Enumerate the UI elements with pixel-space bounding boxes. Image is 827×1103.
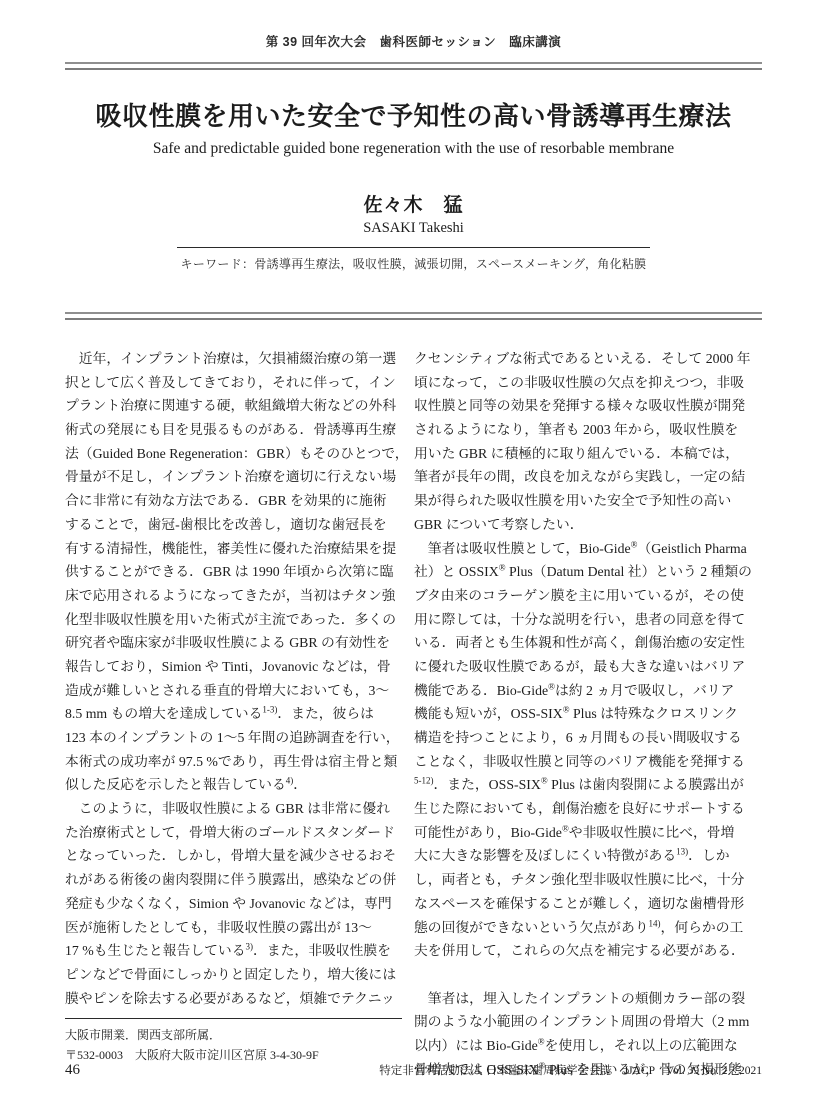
text-line: 8.5 mm もの増大を達成している1-3)．また，彼らは xyxy=(65,702,395,726)
text-line: 医が施術したとしても，非吸収性膜の露出が 13～ xyxy=(65,916,395,940)
text-line: 択として広く普及してきており，それに伴って，イン xyxy=(65,371,395,395)
paper-title: 吸収性膜を用いた安全で予知性の高い骨誘導再生療法 xyxy=(65,96,762,133)
text-line: 膜やピンを除去する必要があるなど，煩雑でテクニッ xyxy=(65,987,395,1011)
text-line: 筆者は吸収性膜として，Bio-Gide®（Geistlich Pharma xyxy=(414,537,747,561)
text-line: 収性膜と同等の効果を発揮する様々な吸収性膜が開発 xyxy=(414,394,747,418)
text-line: GBR について考察したい． xyxy=(414,513,747,537)
left-column: 近年，インプラント治療は，欠損補綴治療の第一選択として広く普及してきており，それ… xyxy=(65,347,395,1081)
text-line: 報告しており，Simion や Tinti，Jovanovic などは，骨 xyxy=(65,655,395,679)
text-line: 5-12)．また，OSS-SIX® Plus は歯肉裂開による膜露出が xyxy=(414,773,747,797)
text-line: 術式の発展にも目を見張るものがある．骨誘導再生療 xyxy=(65,418,395,442)
text-line: 筆者は，埋入したインプラントの頬側カラー部の裂 xyxy=(414,987,747,1011)
footnote-text: 大阪市開業．関西支部所属．〒532-0003 大阪府大阪市淀川区宮原 3-4-3… xyxy=(65,1025,402,1065)
text-line: 態の回復ができないという欠点があり14)，何らかの工 xyxy=(414,916,747,940)
paper-subtitle-english: Safe and predictable guided bone regener… xyxy=(65,140,762,158)
text-line: このように，非吸収性膜による GBR は非常に優れ xyxy=(65,797,395,821)
text-line: 以内）には Bio-Gide®を使用し，それ以上の広範囲な xyxy=(414,1034,747,1058)
left-column-text: 近年，インプラント治療は，欠損補綴治療の第一選択として広く普及してきており，それ… xyxy=(65,347,395,1010)
keywords-divider xyxy=(65,312,762,320)
text-line: 社）と OSSIX® Plus（Datum Dental 社）という 2 種類の xyxy=(414,560,747,584)
text-line: 構造を持つことにより，6 ヵ月間もの長い間吸収する xyxy=(414,726,747,750)
right-column: クセンシティブな術式であるといえる．そして 2000 年頃になって，この非吸収性… xyxy=(414,347,747,1081)
text-line: 頃になって，この非吸収性膜の欠点を抑えつつ，非吸 xyxy=(414,371,747,395)
text-line: 123 本のインプラントの 1～5 年間の追跡調査を行い， xyxy=(65,726,395,750)
text-line: 研究者や臨床家が非吸収性膜による GBR の有効性を xyxy=(65,631,395,655)
keywords-line: キーワード：骨誘導再生療法，吸収性膜，減張切開，スペースメーキング，角化粘膜 xyxy=(177,247,651,272)
text-line: 発症も少なくなく，Simion や Jovanovic などは，専門 xyxy=(65,892,395,916)
text-line: 化型非吸収性膜を用いた術式が主流であった．多くの xyxy=(65,608,395,632)
text-line: 機能も短いが，OSS-SIX® Plus は特殊なクロスリンク xyxy=(414,702,747,726)
text-line: 本術式の成功率が 97.5 %であり，再生骨は宿主骨と類 xyxy=(65,750,395,774)
text-line: することで，歯冠-歯根比を改善し，適切な歯冠長を xyxy=(65,513,395,537)
text-line: 機能である．Bio-Gide®は約 2 ヵ月で吸収し，バリア xyxy=(414,679,747,703)
footnote-block: 大阪市開業．関西支部所属．〒532-0003 大阪府大阪市淀川区宮原 3-4-3… xyxy=(65,1018,402,1065)
paper-page: 第 39 回年次大会 歯科医師セッション 臨床講演 吸収性膜を用いた安全で予知性… xyxy=(0,0,827,1103)
text-line: なスペースを確保することが難しく，適切な歯槽骨形 xyxy=(414,892,747,916)
text-line: 果が得られた吸収性膜を用いた安全で予知性の高い xyxy=(414,489,747,513)
text-line: 開のような小範囲のインプラント周囲の骨増大（2 mm xyxy=(414,1010,747,1034)
text-line: 造成が難しいとされる垂直的骨増大においても，3～ xyxy=(65,679,395,703)
text-line: クセンシティブな術式であるといえる．そして 2000 年 xyxy=(414,347,747,371)
text-line: 有する清掃性，機能性，審美性に優れた治療結果を提 xyxy=(65,537,395,561)
text-line: されるようになり，筆者も 2003 年から，吸収性膜を xyxy=(414,418,747,442)
page-footer: 46 特定非営利活動法人 日本臨床歯周病学会会誌 JJACP Vol. 39 N… xyxy=(65,1062,762,1079)
conference-header: 第 39 回年次大会 歯科医師セッション 臨床講演 xyxy=(65,0,762,50)
text-line: 筆者が長年の間，改良を加えながら実践し，一定の結 xyxy=(414,465,747,489)
text-line: 用いた GBR に積極的に取り組んでいる．本稿では， xyxy=(414,442,747,466)
text-line: し，両者とも，チタン強化型非吸収性膜に比べ，十分 xyxy=(414,868,747,892)
text-line: に優れた吸収性膜であるが，最も大きな違いはバリア xyxy=(414,655,747,679)
text-line: となっていった．しかし，骨増大量を減少させるおそ xyxy=(65,844,395,868)
text-line xyxy=(414,963,747,987)
text-line: 似した反応を示したと報告している4)． xyxy=(65,773,395,797)
text-line: いる．両者とも生体親和性が高く，創傷治癒の安定性 xyxy=(414,631,747,655)
text-line: プラント治療に関連する硬，軟組織増大術などの外科 xyxy=(65,394,395,418)
text-line: 骨量が不足し，インプラント治療を適切に行えない場 xyxy=(65,465,395,489)
text-line: ブタ由来のコラーゲン膜を主に用いているが，その使 xyxy=(414,584,747,608)
text-line: 可能性があり，Bio-Gide®や非吸収性膜に比べ，骨増 xyxy=(414,821,747,845)
text-line: 大に大きな影響を及ぼしにくい特徴がある13)．しか xyxy=(414,844,747,868)
text-line: ピンなどで骨面にしっかりと固定したり，増大後には xyxy=(65,963,395,987)
text-line: れがある術後の歯肉裂開に伴う膜露出，感染などの併 xyxy=(65,868,395,892)
text-line: ことなく，非吸収性膜と同等のバリア機能を発揮する xyxy=(414,750,747,774)
header-divider xyxy=(65,62,762,70)
journal-info: 特定非営利活動法人 日本臨床歯周病学会会誌 JJACP Vol. 39 No. … xyxy=(379,1062,762,1078)
text-line: 供することができる．GBR は 1990 年頃から次第に臨 xyxy=(65,560,395,584)
author-name: 佐々木 猛 xyxy=(65,190,762,217)
text-line: 法（Guided Bone Regeneration：GBR）もそのひとつで， xyxy=(65,442,395,466)
text-line: た治療術式として，骨増大術のゴールドスタンダード xyxy=(65,821,395,845)
text-line: 近年，インプラント治療は，欠損補綴治療の第一選 xyxy=(65,347,395,371)
body-text: 近年，インプラント治療は，欠損補綴治療の第一選択として広く普及してきており，それ… xyxy=(65,347,762,1081)
text-line: 17 %も生じたと報告している3)．また，非吸収性膜を xyxy=(65,939,395,963)
text-line: 大阪市開業．関西支部所属． xyxy=(65,1025,402,1045)
text-line: 夫を併用して，これらの欠点を補完する必要がある． xyxy=(414,939,747,963)
author-name-romanized: SASAKI Takeshi xyxy=(65,220,762,237)
text-line: 生じた際においても，創傷治癒を良好にサポートする xyxy=(414,797,747,821)
page-number: 46 xyxy=(65,1062,80,1079)
text-line: 用に際しては，十分な説明を行い，患者の同意を得て xyxy=(414,608,747,632)
right-column-text: クセンシティブな術式であるといえる．そして 2000 年頃になって，この非吸収性… xyxy=(414,347,747,1081)
text-line: 合に非常に有効な方法である．GBR を効果的に施術 xyxy=(65,489,395,513)
text-line: 床で応用されるようになってきたが，当初はチタン強 xyxy=(65,584,395,608)
